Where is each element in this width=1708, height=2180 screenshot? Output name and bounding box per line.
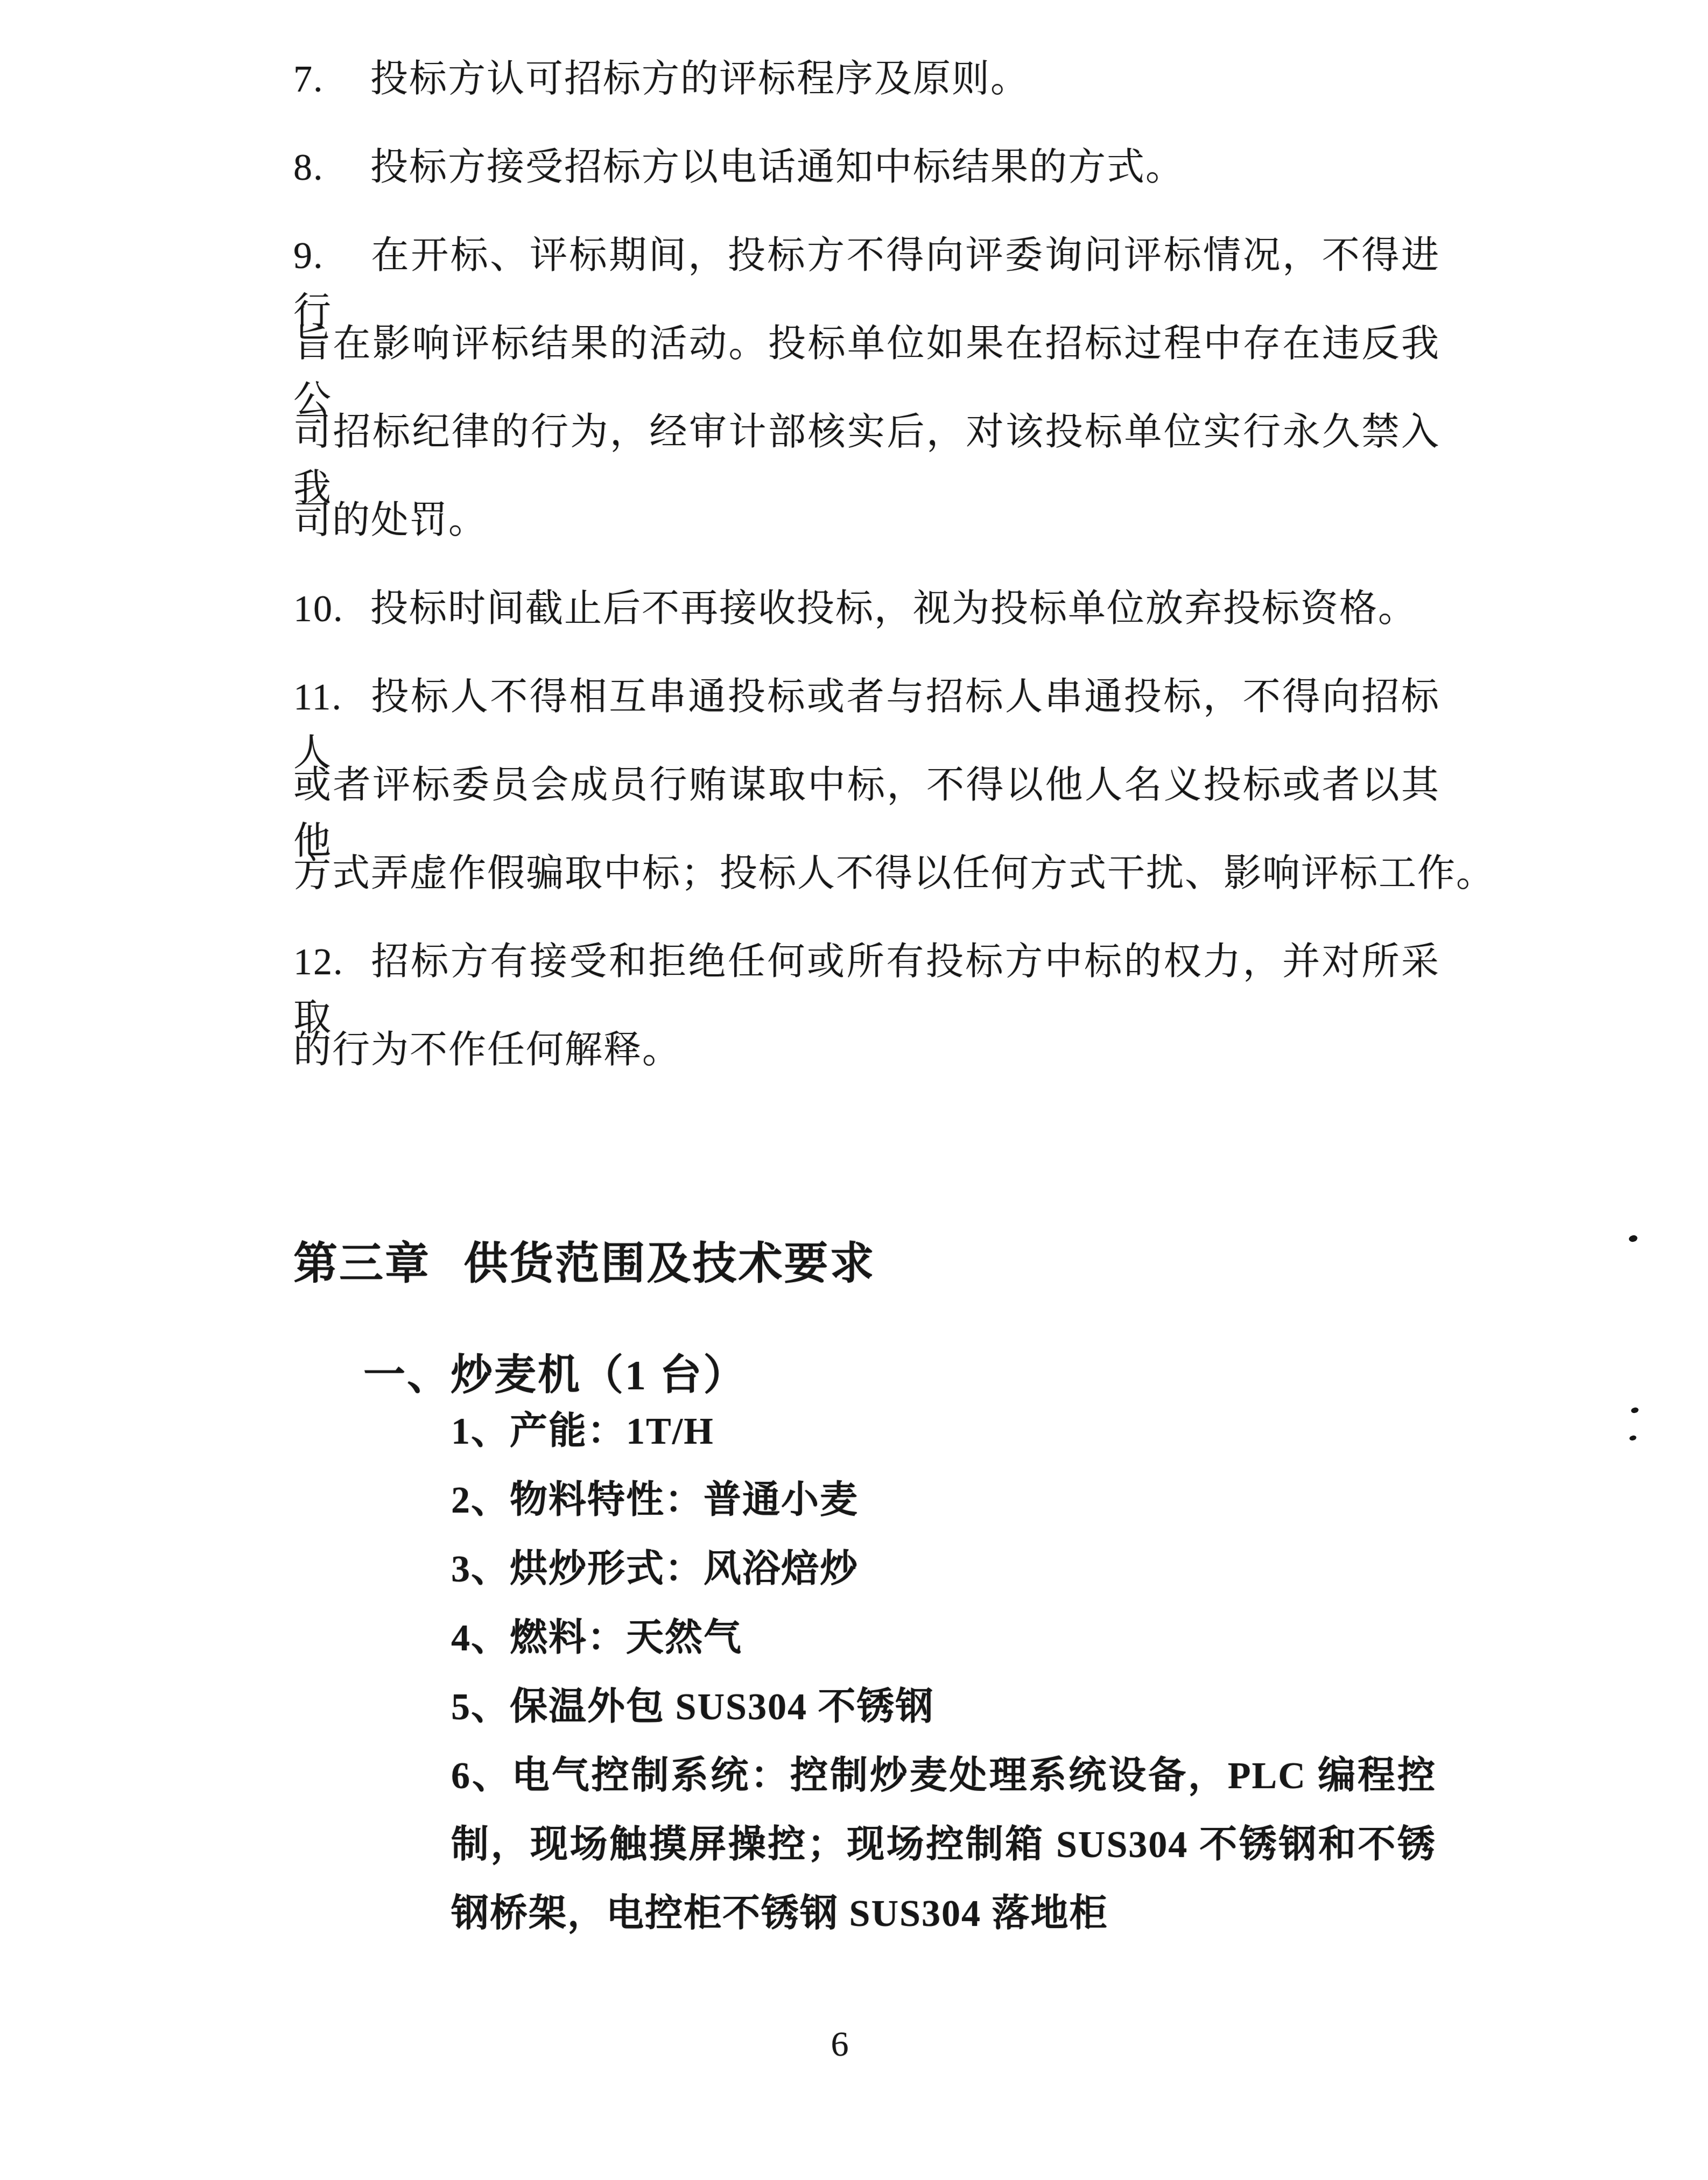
term-item-12-line-1: 12.招标方有接受和拒绝任何或所有投标方中标的权力，并对所采取 <box>293 934 1440 990</box>
spec-item-1-number: 1、 <box>451 1411 510 1452</box>
term-item-11-line-2: 或者评标委员会成员行贿谋取中标，不得以他人名义投标或者以其他 <box>293 758 1440 814</box>
spec-item-5-number: 5、 <box>451 1686 510 1728</box>
spec-item-6-line-2: 制，现场触摸屏操控；现场控制箱 SUS304 不锈钢和不锈 <box>451 1817 1436 1873</box>
term-item-8-text: 投标方接受招标方以电话通知中标结果的方式。 <box>370 147 1184 188</box>
spec-item-2-number: 2、 <box>451 1480 510 1521</box>
spec-item-3-number: 3、 <box>451 1549 510 1590</box>
spec-item-2-text: 物料特性：普通小麦 <box>510 1480 859 1521</box>
term-item-9-line-2: 旨在影响评标结果的活动。投标单位如果在招标过程中存在违反我公 <box>293 317 1440 372</box>
term-item-9-number: 9. <box>293 228 370 284</box>
term-item-12-number: 12. <box>293 934 370 990</box>
spec-item-6-line-3: 钢桥架，电控柜不锈钢 SUS304 落地柜 <box>451 1886 1436 1942</box>
ink-speck-1 <box>1628 1234 1639 1243</box>
term-item-7-number: 7. <box>293 52 370 108</box>
spec-item-4-text: 燃料：天然气 <box>510 1618 742 1659</box>
spec-item-2: 2、物料特性：普通小麦 <box>451 1473 1436 1529</box>
spec-item-5-text: 保温外包 SUS304 不锈钢 <box>510 1686 934 1728</box>
term-item-10-number: 10. <box>293 581 370 637</box>
term-item-11-number: 11. <box>293 670 370 726</box>
spec-item-6-text-1: 电气控制系统：控制炒麦处理系统设备，PLC 编程控 <box>512 1755 1436 1797</box>
term-item-10-text: 投标时间截止后不再接收投标，视为投标单位放弃投标资格。 <box>370 588 1417 630</box>
section-heading: 一、炒麦机（1 台） <box>363 1347 1440 1403</box>
document-page: 7.投标方认可招标方的评标程序及原则。 8.投标方接受招标方以电话通知中标结果的… <box>0 0 1708 2180</box>
term-item-7-text: 投标方认可招标方的评标程序及原则。 <box>370 59 1029 100</box>
term-item-8: 8.投标方接受招标方以电话通知中标结果的方式。 <box>293 140 1440 196</box>
term-item-8-number: 8. <box>293 140 370 196</box>
spec-item-4: 4、燃料：天然气 <box>451 1611 1436 1666</box>
term-item-11-line-1: 11.投标人不得相互串通投标或者与招标人串通投标，不得向招标人 <box>293 670 1440 726</box>
chapter-heading: 第三章 供货范围及技术要求 <box>293 1236 1440 1292</box>
spec-item-6-number: 6、 <box>451 1755 512 1797</box>
spec-item-5: 5、保温外包 SUS304 不锈钢 <box>451 1679 1436 1735</box>
term-item-9-line-4: 司的处罚。 <box>293 493 1440 549</box>
term-item-7: 7.投标方认可招标方的评标程序及原则。 <box>293 52 1440 108</box>
page-number: 6 <box>0 2016 1681 2072</box>
spec-item-6-line-1: 6、电气控制系统：控制炒麦处理系统设备，PLC 编程控 <box>451 1748 1436 1804</box>
spec-item-4-number: 4、 <box>451 1618 510 1659</box>
spec-item-3-text: 烘炒形式：风浴焙炒 <box>510 1549 859 1590</box>
term-item-9-line-3: 司招标纪律的行为，经审计部核实后，对该投标单位实行永久禁入我 <box>293 405 1440 461</box>
ink-speck-2 <box>1630 1407 1639 1414</box>
ink-speck-3 <box>1629 1434 1637 1441</box>
spec-item-1-text: 产能：1T/H <box>510 1411 714 1452</box>
term-item-10: 10.投标时间截止后不再接收投标，视为投标单位放弃投标资格。 <box>293 581 1440 637</box>
spec-item-3: 3、烘炒形式：风浴焙炒 <box>451 1542 1436 1598</box>
term-item-12-line-2: 的行为不作任何解释。 <box>293 1023 1440 1079</box>
term-item-11-line-3: 方式弄虚作假骗取中标；投标人不得以任何方式干扰、影响评标工作。 <box>293 846 1440 902</box>
term-item-9-line-1: 9.在开标、评标期间，投标方不得向评委询问评标情况，不得进行 <box>293 228 1440 284</box>
spec-item-1: 1、产能：1T/H <box>451 1404 1436 1460</box>
